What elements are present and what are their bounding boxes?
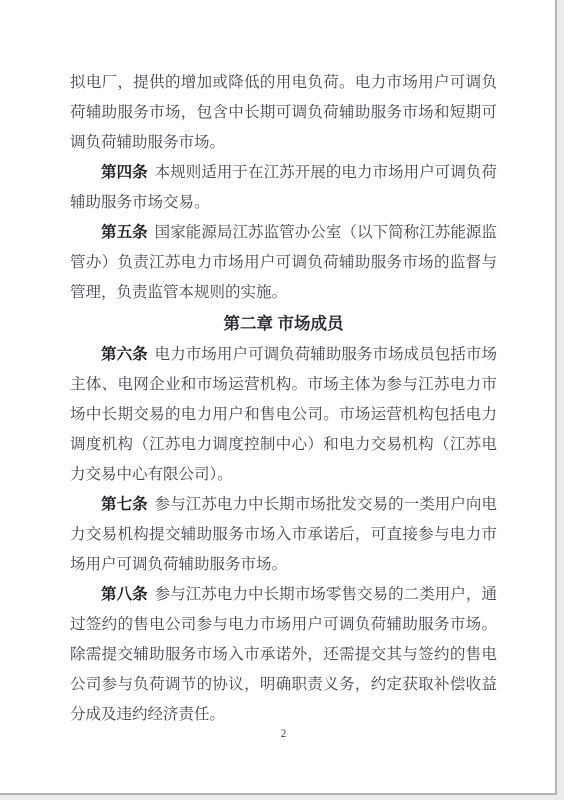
article-paragraph: 第四条本规则适用于在江苏开展的电力市场用户可调负荷辅助服务市场交易。 xyxy=(70,158,497,218)
article-label: 第四条 xyxy=(101,164,148,181)
paragraph-text: 拟电厂，提供的增加或降低的用电负荷。电力市场用户可调负荷辅助服务市场，包含中长期… xyxy=(70,74,497,151)
scanned-page-view: 拟电厂，提供的增加或降低的用电负荷。电力市场用户可调负荷辅助服务市场，包含中长期… xyxy=(0,0,564,800)
article-paragraph: 第八条参与江苏电力中长期市场零售交易的二类用户，通过签约的售电公司参与电力市场用… xyxy=(70,580,497,730)
article-paragraph: 第五条国家能源局江苏监管办公室（以下简称江苏能源监管办）负责江苏电力市场用户可调… xyxy=(70,218,497,308)
article-text: 电力市场用户可调负荷辅助服务市场成员包括市场主体、电网企业和市场运营机构。市场主… xyxy=(70,346,497,483)
document-body: 拟电厂，提供的增加或降低的用电负荷。电力市场用户可调负荷辅助服务市场，包含中长期… xyxy=(70,68,497,730)
article-paragraph: 第六条电力市场用户可调负荷辅助服务市场成员包括市场主体、电网企业和市场运营机构。… xyxy=(70,340,497,490)
intro-paragraph: 拟电厂，提供的增加或降低的用电负荷。电力市场用户可调负荷辅助服务市场，包含中长期… xyxy=(70,68,497,158)
article-text: 参与江苏电力中长期市场零售交易的二类用户，通过签约的售电公司参与电力市场用户可调… xyxy=(70,586,497,723)
page-number: 2 xyxy=(70,726,497,742)
article-label: 第八条 xyxy=(101,586,148,603)
article-label: 第五条 xyxy=(101,224,148,241)
paper-sheet: 拟电厂，提供的增加或降低的用电负荷。电力市场用户可调负荷辅助服务市场，包含中长期… xyxy=(0,0,557,795)
article-label: 第六条 xyxy=(101,346,148,363)
article-label: 第七条 xyxy=(101,496,148,513)
chapter-heading: 第二章 市场成员 xyxy=(70,309,497,339)
article-paragraph: 第七条参与江苏电力中长期市场批发交易的一类用户向电力交易机构提交辅助服务市场入市… xyxy=(70,490,497,580)
